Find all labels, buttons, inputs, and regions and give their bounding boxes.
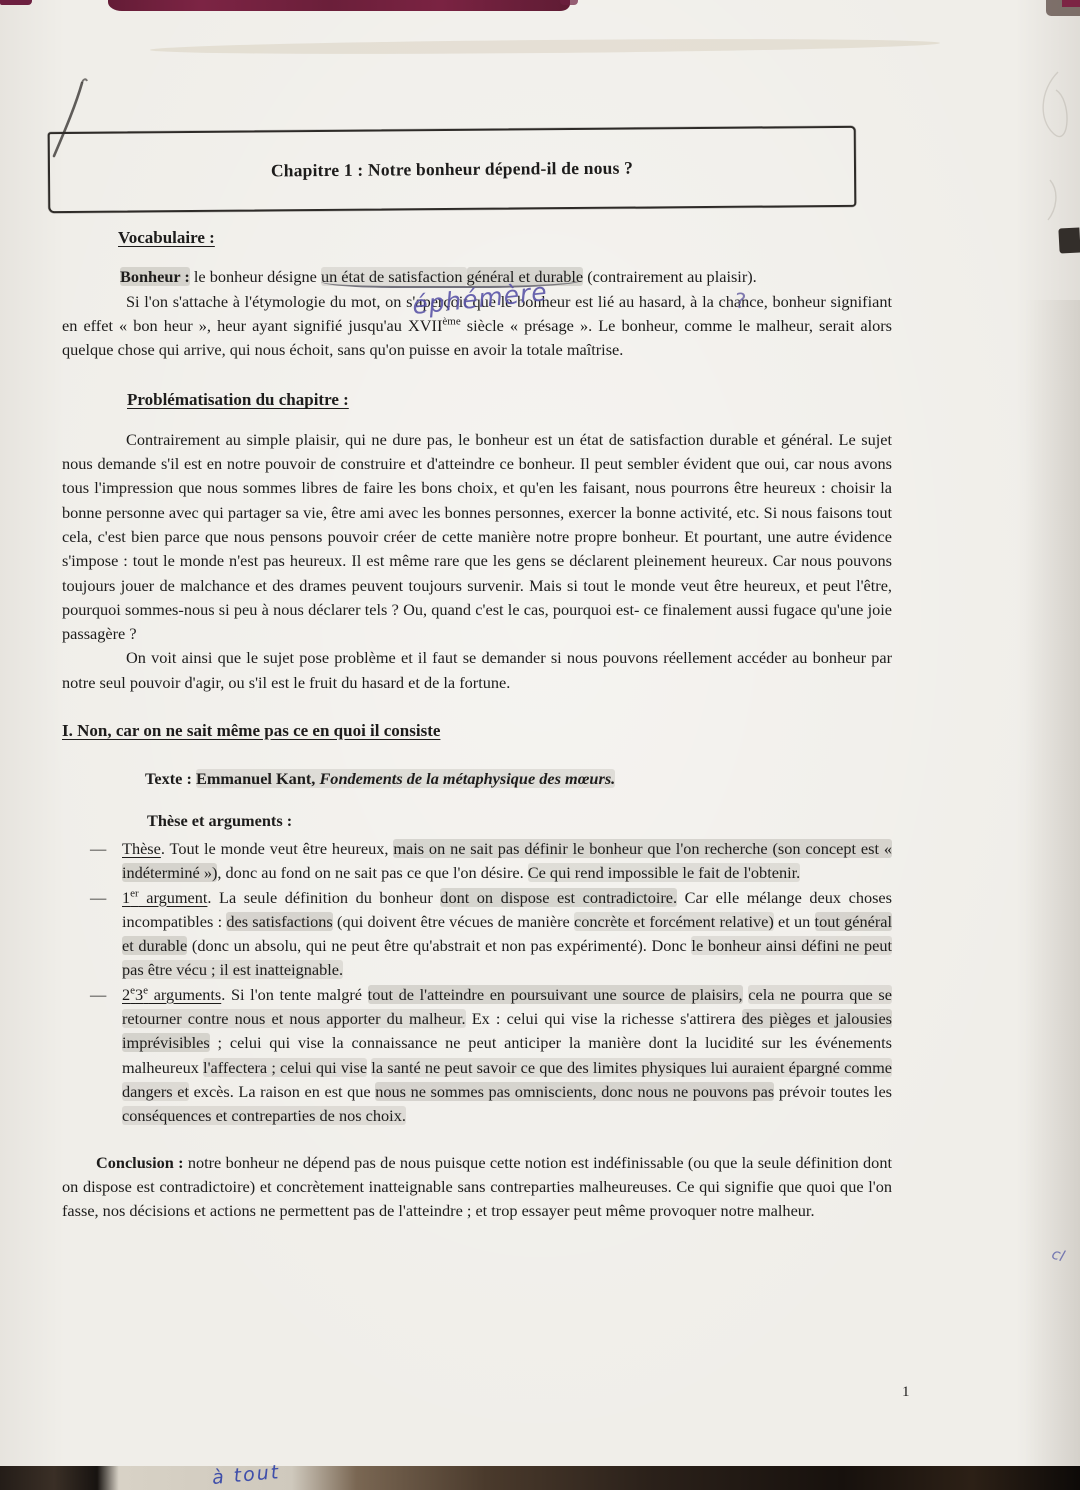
highlighted-text: des satisfactions xyxy=(226,912,332,931)
highlighted-text: Emmanuel Kant, Fondements de la métaphys… xyxy=(196,769,615,788)
document-body: Vocabulaire : Bonheur : le bonheur désig… xyxy=(62,226,892,1223)
highlighted-text: un état de satisfaction xyxy=(321,267,467,286)
vocab-term: Bonheur : xyxy=(120,267,190,286)
text-run: . Tout le monde veut être heureux, xyxy=(161,839,393,858)
arg-label-part: argument xyxy=(139,888,208,907)
arg-label: 2e3e arguments xyxy=(122,985,221,1004)
arg-label-part: arguments xyxy=(148,985,221,1004)
vocab-definition-block: Bonheur : le bonheur désigne un état de … xyxy=(62,265,892,289)
arguments-list: —Thèse. Tout le monde veut être heureux,… xyxy=(62,837,892,1129)
text-run: . La seule définition du bonheur xyxy=(207,888,440,907)
list-item-arguments-2-3: —2e3e arguments. Si l'on tente malgré to… xyxy=(62,983,892,1129)
text-run: le bonheur désigne xyxy=(190,267,321,286)
text-run: prévoir toutes les xyxy=(774,1082,892,1101)
text-run: (contrairement au plaisir). xyxy=(583,267,757,286)
text-run: notre bonheur ne dépend pas de nous puis… xyxy=(62,1153,892,1221)
superscript: ème xyxy=(442,315,460,327)
highlighted-text: Ce qui rend impossible le fait de l'obte… xyxy=(528,863,800,882)
handwritten-question-mark: ? xyxy=(734,289,747,314)
page-edge-shadow xyxy=(1025,300,1080,1490)
scan-smear-artifact xyxy=(150,37,940,57)
arg-label-part: 2 xyxy=(122,985,130,1004)
text-run: Ex : celui qui vise la richesse s'attire… xyxy=(466,1009,742,1028)
scanned-document-page: Chapitre 1 : Notre bonheur dépend-il de … xyxy=(0,0,1080,1490)
author-name: Emmanuel Kant, xyxy=(196,769,319,788)
these-arguments-heading: Thèse et arguments : xyxy=(147,809,892,833)
photo-edge-strip xyxy=(0,0,32,5)
list-item-these: —Thèse. Tout le monde veut être heureux,… xyxy=(62,837,892,886)
photo-corner-artifact xyxy=(1062,0,1080,7)
text-run: . Si l'on tente malgré xyxy=(221,985,367,1004)
work-title: Fondements de la métaphysique des mœurs. xyxy=(319,769,615,788)
photo-edge-strip xyxy=(108,0,570,11)
chapter-title: Chapitre 1 : Notre bonheur dépend-il de … xyxy=(271,158,633,182)
text-run: (qui doivent être vécues de manière xyxy=(333,912,574,931)
problematisation-paragraph-2: On voit ainsi que le sujet pose problème… xyxy=(62,646,892,695)
text-run: , donc au fond on ne sait pas ce que l'o… xyxy=(217,863,527,882)
problematisation-heading: Problématisation du chapitre : xyxy=(127,388,892,412)
text-run: excès. La raison en est que xyxy=(189,1082,375,1101)
text-run: (donc un absolu, qui ne peut être qu'abs… xyxy=(187,936,691,955)
arg-label: 1er argument xyxy=(122,888,207,907)
highlighted-text: nous ne sommes pas omniscients, donc nou… xyxy=(375,1082,774,1101)
dash-bullet: — xyxy=(90,837,106,861)
highlighted-text: tout de l'atteindre en poursuivant une s… xyxy=(368,985,743,1004)
texte-label: Texte : xyxy=(145,769,196,788)
arg-label-part: 1 xyxy=(122,888,130,907)
conclusion-paragraph: Conclusion : notre bonheur ne dépend pas… xyxy=(62,1151,892,1224)
photo-edge-strip xyxy=(560,0,578,5)
page-number: 1 xyxy=(902,1384,910,1401)
highlighted-text: concrète et forcément relative) xyxy=(574,912,774,931)
highlighted-text: l'affectera ; celui qui vise xyxy=(203,1058,367,1077)
chapter-title-box: Chapitre 1 : Notre bonheur dépend-il de … xyxy=(48,126,857,213)
arg-label: Thèse xyxy=(122,839,161,858)
photo-bottom-edge: à tout xyxy=(0,1466,1080,1490)
superscript: er xyxy=(130,887,139,899)
dash-bullet: — xyxy=(90,983,106,1007)
conclusion-label: Conclusion : xyxy=(96,1153,184,1172)
problematisation-paragraph-1: Contrairement au simple plaisir, qui ne … xyxy=(62,428,892,647)
vocab-heading: Vocabulaire : xyxy=(118,226,892,250)
text-run: et un xyxy=(774,912,815,931)
highlighted-text: dont on dispose est contradictoire. xyxy=(440,888,677,907)
arg-label-part: 3 xyxy=(135,985,143,1004)
highlighted-text: conséquences et contreparties de nos cho… xyxy=(122,1106,406,1125)
dash-bullet: — xyxy=(90,886,106,910)
section-1-heading: I. Non, car on ne sait même pas ce en qu… xyxy=(62,719,892,743)
faint-pencil-sketch xyxy=(1020,60,1080,250)
handwritten-bottom-note: à tout xyxy=(211,1461,281,1489)
kant-reference-line: Texte : Emmanuel Kant, Fondements de la … xyxy=(145,767,892,791)
list-item-argument-1: —1er argument. La seule définition du bo… xyxy=(62,886,892,983)
